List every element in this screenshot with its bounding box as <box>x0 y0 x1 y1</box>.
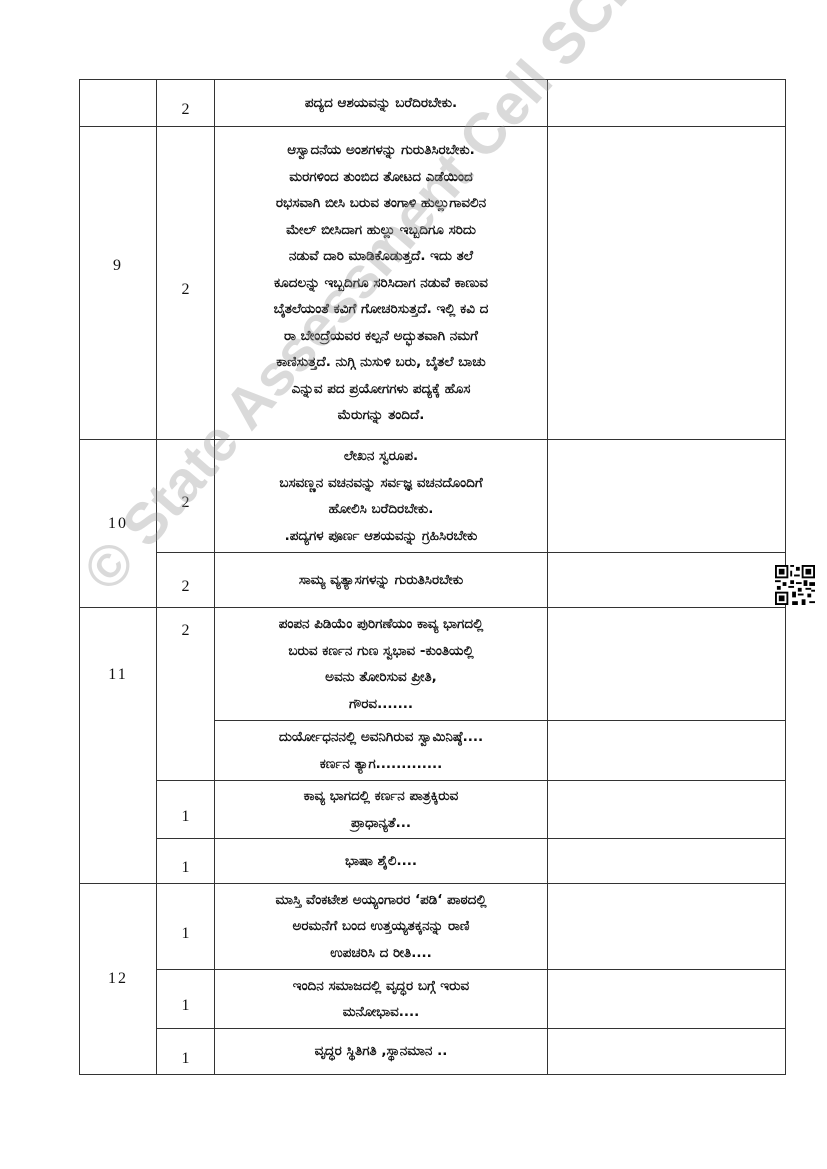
question-number: 12 <box>80 884 157 1075</box>
answer-point: ಪಂಪನ ಪಿಡಿಯೆಂ ಪುರಿಗಣೆಯಂ ಕಾವ್ಯ ಭಾಗದಲ್ಲಿ ಬರ… <box>215 608 548 721</box>
score-cell: 1 <box>157 1029 215 1075</box>
remarks-cell <box>548 608 786 721</box>
score-cell: 1 <box>157 884 215 970</box>
qr-code-icon <box>775 565 815 605</box>
question-number: 9 <box>80 127 157 440</box>
answer-point: ಆಸ್ವಾದನೆಯ ಅಂಶಗಳನ್ನು ಗುರುತಿಸಿರಬೇಕು. ಮರಗಳಿ… <box>215 127 548 440</box>
answer-point: ಭಾಷಾ ಶೈಲಿ.... <box>215 839 548 884</box>
score-cell: 2 <box>157 80 215 127</box>
remarks-cell <box>548 839 786 884</box>
answer-point: ಪದ್ಯದ ಆಶಯವನ್ನು ಬರೆದಿರಬೇಕು. <box>215 80 548 127</box>
remarks-cell <box>548 721 786 781</box>
remarks-cell <box>548 127 786 440</box>
remarks-cell <box>548 781 786 839</box>
score-cell: 2 <box>157 440 215 553</box>
table-row: 2 ಸಾಮ್ಯ ವ್ಯತ್ಯಾಸಗಳನ್ನು ಗುರುತಿಸಿರಬೇಕು <box>80 553 786 608</box>
remarks-cell <box>548 553 786 608</box>
remarks-cell <box>548 884 786 970</box>
table-row: 2 ಪದ್ಯದ ಆಶಯವನ್ನು ಬರೆದಿರಬೇಕು. <box>80 80 786 127</box>
table-row: 1 ಇಂದಿನ ಸಮಾಜದಲ್ಲಿ ವೃದ್ಧರ ಬಗ್ಗೆ ಇರುವ ಮನೋಭ… <box>80 970 786 1029</box>
table-row: 1 ಕಾವ್ಯ ಭಾಗದಲ್ಲಿ ಕರ್ಣನ ಪಾತ್ರಕ್ಕಿರುವ ಪ್ರಾ… <box>80 781 786 839</box>
table-row: 11 2 ಪಂಪನ ಪಿಡಿಯೆಂ ಪುರಿಗಣೆಯಂ ಕಾವ್ಯ ಭಾಗದಲ್… <box>80 608 786 721</box>
question-number: 10 <box>80 440 157 608</box>
table-row: 12 1 ಮಾಸ್ತಿ ವೆಂಕಟೇಶ ಅಯ್ಯಂಗಾರರ ‘ಪಡಿ‘ ಪಾಠದ… <box>80 884 786 970</box>
remarks-cell <box>548 80 786 127</box>
table-row: 9 2 ಆಸ್ವಾದನೆಯ ಅಂಶಗಳನ್ನು ಗುರುತಿಸಿರಬೇಕು. ಮ… <box>80 127 786 440</box>
table-row: 1 ವೃದ್ಧರ ಸ್ಥಿತಿಗತಿ ,ಸ್ಥಾನಮಾನ .. <box>80 1029 786 1075</box>
score-cell: 1 <box>157 839 215 884</box>
answer-point: ಕಾವ್ಯ ಭಾಗದಲ್ಲಿ ಕರ್ಣನ ಪಾತ್ರಕ್ಕಿರುವ ಪ್ರಾಧಾ… <box>215 781 548 839</box>
score-cell: 1 <box>157 781 215 839</box>
answer-point: ವೃದ್ಧರ ಸ್ಥಿತಿಗತಿ ,ಸ್ಥಾನಮಾನ .. <box>215 1029 548 1075</box>
score-cell: 2 <box>157 608 215 781</box>
question-number <box>80 80 157 127</box>
table-row: 1 ಭಾಷಾ ಶೈಲಿ.... <box>80 839 786 884</box>
score-cell: 2 <box>157 127 215 440</box>
remarks-cell <box>548 970 786 1029</box>
answer-point: ದುರ್ಯೋಧನನಲ್ಲಿ ಅವನಿಗಿರುವ ಸ್ವಾಮಿನಿಷ್ಠೆ....… <box>215 721 548 781</box>
answer-point: ಸಾಮ್ಯ ವ್ಯತ್ಯಾಸಗಳನ್ನು ಗುರುತಿಸಿರಬೇಕು <box>215 553 548 608</box>
question-number: 11 <box>80 608 157 884</box>
remarks-cell <box>548 1029 786 1075</box>
score-cell: 1 <box>157 970 215 1029</box>
answer-key-table: 2 ಪದ್ಯದ ಆಶಯವನ್ನು ಬರೆದಿರಬೇಕು. 9 2 ಆಸ್ವಾದನ… <box>79 79 786 1075</box>
remarks-cell <box>548 440 786 553</box>
table-row: 10 2 ಲೇಖನ ಸ್ವರೂಪ. ಬಸವಣ್ಣನ ವಚನವನ್ನು ಸರ್ವಜ… <box>80 440 786 553</box>
score-cell: 2 <box>157 553 215 608</box>
answer-point: ಮಾಸ್ತಿ ವೆಂಕಟೇಶ ಅಯ್ಯಂಗಾರರ ‘ಪಡಿ‘ ಪಾಠದಲ್ಲಿ … <box>215 884 548 970</box>
answer-point: ಇಂದಿನ ಸಮಾಜದಲ್ಲಿ ವೃದ್ಧರ ಬಗ್ಗೆ ಇರುವ ಮನೋಭಾವ… <box>215 970 548 1029</box>
answer-point: ಲೇಖನ ಸ್ವರೂಪ. ಬಸವಣ್ಣನ ವಚನವನ್ನು ಸರ್ವಜ್ಞ ವಚ… <box>215 440 548 553</box>
